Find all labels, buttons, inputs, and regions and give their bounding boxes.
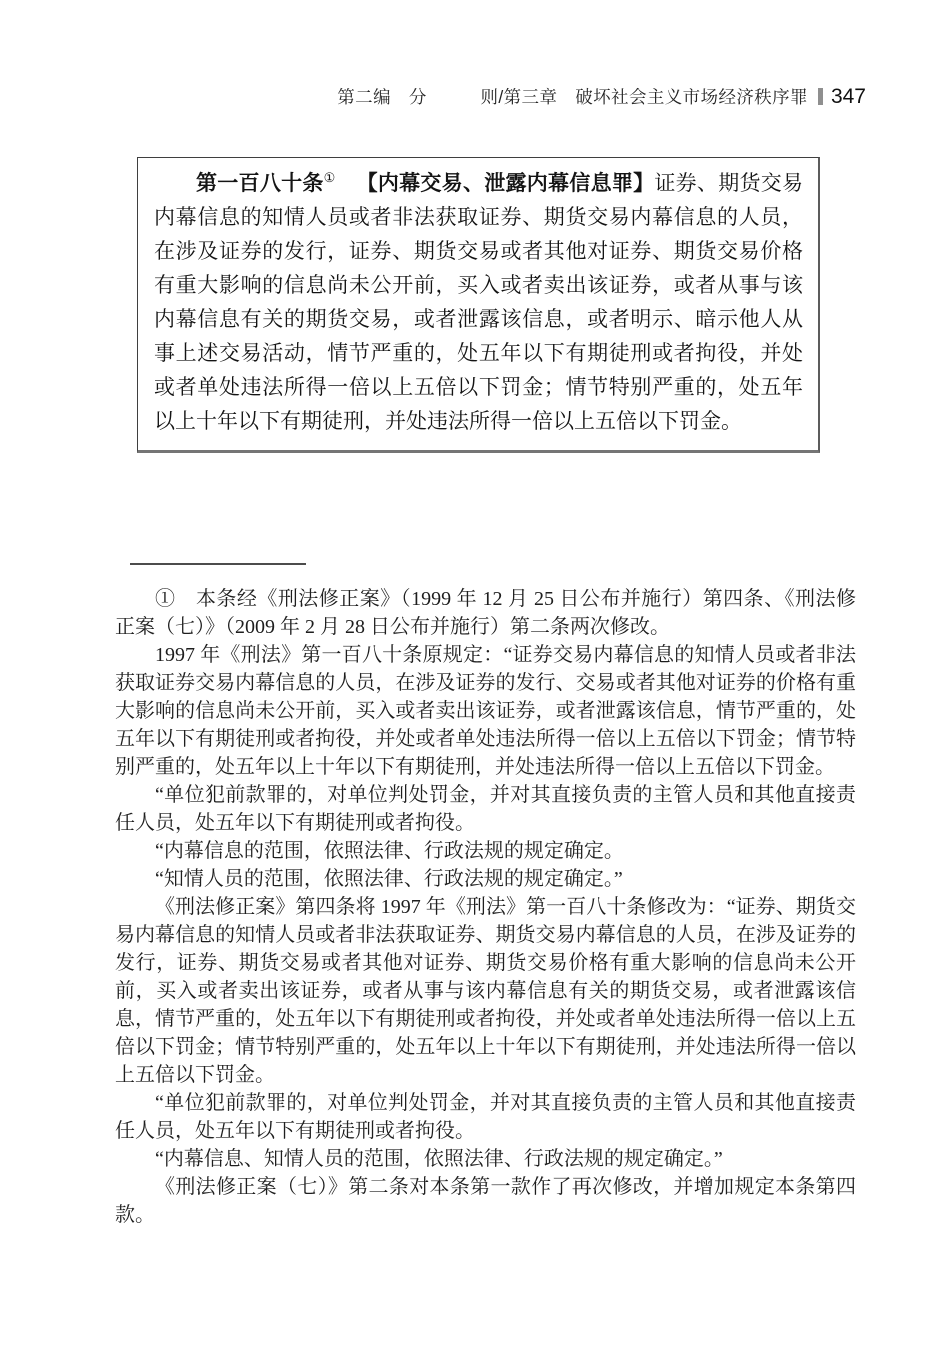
- book-page: 第二编 分 则/第三章 破坏社会主义市场经济秩序罪 347 第一百八十条①【内幕…: [0, 0, 952, 1358]
- page-number: 347: [831, 85, 866, 109]
- footnote-paragraph: “内幕信息、知情人员的范围，依照法律、行政法规的规定确定。”: [115, 1145, 856, 1173]
- running-head-title: 第二编 分 则/第三章 破坏社会主义市场经济秩序罪: [337, 84, 808, 109]
- statute-body-text: 证券、期货交易内幕信息的知情人员或者非法获取证券、期货交易内幕信息的人员，在涉及…: [154, 172, 803, 433]
- footnote-paragraph: 《刑法修正案（七）》第二条对本条第一款作了再次修改，并增加规定本条第四款。: [115, 1173, 856, 1229]
- footnote-paragraph: “单位犯前款罪的，对单位判处罚金，并对其直接负责的主管人员和其他直接责任人员，处…: [115, 1089, 856, 1145]
- footnote-section: ① 本条经《刑法修正案》（1999 年 12 月 25 日公布并施行）第四条、《…: [115, 585, 856, 1229]
- footnote-paragraph: ① 本条经《刑法修正案》（1999 年 12 月 25 日公布并施行）第四条、《…: [115, 585, 856, 641]
- statute-box: 第一百八十条①【内幕交易、泄露内幕信息罪】证券、期货交易内幕信息的知情人员或者非…: [137, 157, 820, 453]
- footnote-divider-rule: [130, 563, 306, 565]
- footnote-paragraph: 1997 年《刑法》第一百八十条原规定：“证券交易内幕信息的知情人员或者非法获取…: [115, 641, 856, 781]
- crime-title: 【内幕交易、泄露内幕信息罪】: [357, 172, 655, 195]
- footnote-paragraph: 《刑法修正案》第四条将 1997 年《刑法》第一百八十条修改为：“证券、期货交易…: [115, 893, 856, 1089]
- article-number: 第一百八十条: [196, 172, 324, 195]
- footnote-paragraph: “内幕信息的范围，依照法律、行政法规的规定确定。: [115, 837, 856, 865]
- page-number-divider-bar: [818, 88, 823, 105]
- footnote-paragraph: “单位犯前款罪的，对单位判处罚金，并对其直接负责的主管人员和其他直接责任人员，处…: [115, 781, 856, 837]
- page-header: 第二编 分 则/第三章 破坏社会主义市场经济秩序罪 347: [337, 84, 866, 109]
- statute-paragraph: 第一百八十条①【内幕交易、泄露内幕信息罪】证券、期货交易内幕信息的知情人员或者非…: [154, 167, 803, 439]
- footnote-reference-mark: ①: [324, 170, 336, 185]
- footnote-paragraph: “知情人员的范围，依照法律、行政法规的规定确定。”: [115, 865, 856, 893]
